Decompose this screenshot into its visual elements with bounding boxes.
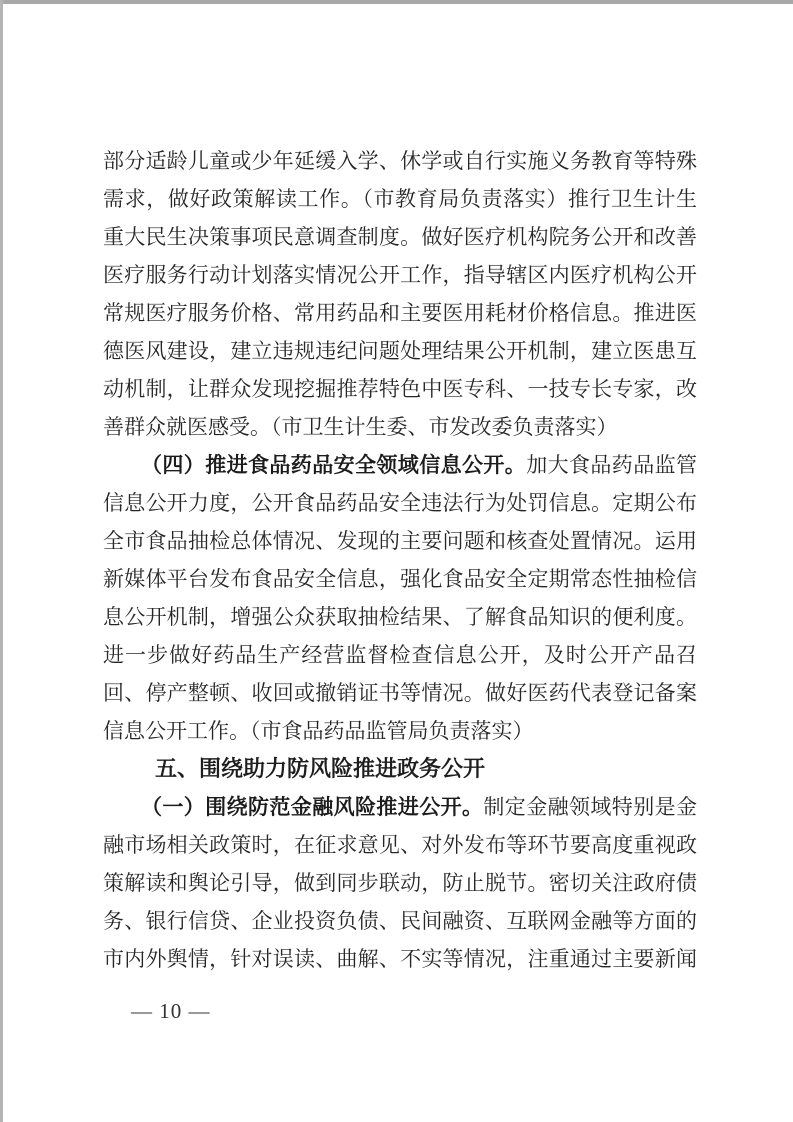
text-line: 务、银行信贷、企业投资负债、民间融资、互联网金融等方面的 — [103, 902, 697, 940]
text-line: 融市场相关政策时，在征求意见、对外发布等环节要高度重视政 — [103, 826, 697, 864]
text-line: 信息公开工作。（市食品药品监管局负责落实） — [103, 712, 697, 750]
text-line: 常规医疗服务价格、常用药品和主要医用耗材价格信息。推进医 — [103, 294, 697, 332]
scan-edge-top — [0, 0, 793, 4]
text-line: 部分适龄儿童或少年延缓入学、休学或自行实施义务教育等特殊 — [103, 142, 697, 180]
text-line: 信息公开力度，公开食品药品安全违法行为处罚信息。定期公布 — [103, 484, 697, 522]
paragraph-text: 加大食品药品监管 — [526, 453, 697, 477]
paragraph-lead-bold: （四）推进食品药品安全领域信息公开。 — [141, 453, 526, 477]
document-body: 部分适龄儿童或少年延缓入学、休学或自行实施义务教育等特殊需求，做好政策解读工作。… — [103, 142, 697, 978]
text-line: 策解读和舆论引导，做到同步联动，防止脱节。密切关注政府债 — [103, 864, 697, 902]
text-line: 重大民生决策事项民意调查制度。做好医疗机构院务公开和改善 — [103, 218, 697, 256]
text-line: 息公开机制，增强公众获取抽检结果、了解食品知识的便利度。 — [103, 598, 697, 636]
scan-edge-left — [0, 0, 3, 1122]
text-line: （一）围绕防范金融风险推进公开。制定金融领域特别是金 — [103, 788, 697, 826]
text-line: 回、停产整顿、收回或撤销证书等情况。做好医药代表登记备案 — [103, 674, 697, 712]
text-line: 需求，做好政策解读工作。（市教育局负责落实）推行卫生计生 — [103, 180, 697, 218]
text-line: 市内外舆情，针对误读、曲解、不实等情况，注重通过主要新闻 — [103, 940, 697, 978]
text-line: 医疗服务行动计划落实情况公开工作，指导辖区内医疗机构公开 — [103, 256, 697, 294]
text-line: 全市食品抽检总体情况、发现的主要问题和核查处置情况。运用 — [103, 522, 697, 560]
text-line: 动机制，让群众发现挖掘推荐特色中医专科、一技专长专家，改 — [103, 370, 697, 408]
paragraph-lead-bold: （一）围绕防范金融风险推进公开。 — [141, 795, 483, 819]
text-line: 新媒体平台发布食品安全信息，强化食品安全定期常态性抽检信 — [103, 560, 697, 598]
text-line: 进一步做好药品生产经营监督检查信息公开，及时公开产品召 — [103, 636, 697, 674]
page-number: — 10 — — [131, 999, 211, 1023]
section-heading: 五、围绕助力防风险推进政务公开 — [103, 750, 697, 788]
text-line: （四）推进食品药品安全领域信息公开。加大食品药品监管 — [103, 446, 697, 484]
text-line: 善群众就医感受。（市卫生计生委、市发改委负责落实） — [103, 408, 697, 446]
paragraph-text: 制定金融领域特别是金 — [483, 795, 697, 819]
text-line: 德医风建设，建立违规违纪问题处理结果公开机制，建立医患互 — [103, 332, 697, 370]
